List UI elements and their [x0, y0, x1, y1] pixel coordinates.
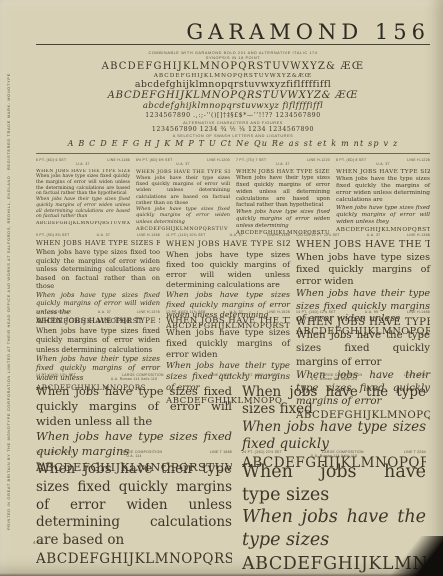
spec-line-label: LINE H-1368: [407, 233, 430, 237]
spec-size-label: 9 PT. (9D) 8¾ SET: [36, 233, 70, 237]
spec-size-label: 18 PT. (18D) 16 SET: [242, 373, 279, 377]
spec-roman-text: When jobs have the type sizes fixed quic…: [296, 329, 430, 368]
page-corner-shadow: [387, 536, 443, 576]
spec-italic-text: When jobs have type sizes fixed quickly …: [336, 205, 430, 227]
spec-ua-label: U.A. 37: [367, 233, 380, 237]
spec-line-label: LINE T 1295: [210, 373, 232, 377]
spec-roman-text: When jobs have type sizes fixed quickly …: [36, 174, 130, 197]
spec-roman-text: When jobs have type sizes fixed quickly …: [166, 328, 290, 362]
spec-ua-label: U.A. 37: [36, 162, 130, 166]
spec-roman-text: When jobs have type sizes fixed quickly …: [36, 326, 160, 354]
spec-line-label: LINE H-1200: [207, 158, 230, 162]
spec-italic-text: When jobs have type sizes fixed quickly: [242, 419, 426, 454]
spec-cap-line: WHEN JOBS HAVE THE TYPE SIZES: [36, 316, 160, 325]
alternative-characters-heading: ALTERNATIVE CHARACTERS AND FIGURES: [24, 121, 442, 125]
lowercase-roman-line: abcdefghijklmnopqrstuvwxyzfiflffffiffl: [24, 79, 442, 90]
spec-ua-label: U.A. Roman 114 Italic 115: [242, 377, 426, 381]
specimen-18pt-large-composition-b: 18 PT. (18D) 16 SETLARGE COMPOSITIONLINE…: [36, 450, 232, 576]
spec-ua-label: U.A. 37: [136, 162, 230, 166]
printer-imprint-vertical: PRINTED IN GREAT BRITAIN BY THE MONOTYPE…: [6, 30, 11, 530]
spec-line-label: LINE T 1815: [404, 373, 426, 377]
spec-size-label: 24 PT. (24D) 21½ SET: [242, 450, 282, 454]
spec-size-label: 10 PT. (9D) 9¾ SET: [36, 310, 72, 314]
spec-line-label: LINE H-1486: [407, 310, 430, 314]
spec-cap-line: WHEN JOBS HAVE TYPE SIZES FIXED: [236, 169, 330, 176]
spec-size-label: 18 PT. (18D) 16 SET: [36, 450, 73, 454]
specimen-row-5: 18 PT. (18D) 16 SETLARGE COMPOSITIONLINE…: [36, 450, 426, 576]
spec-ua-label: U.A. Roman 114 Italic 115: [36, 377, 232, 381]
page-title: GARAMOND 156: [186, 20, 430, 44]
specimen-6pt: 6 PT. (6D) 6 SETLINE H-1186 U.A. 37 WHEN…: [36, 158, 130, 237]
lowercase-italic-line: abcdefghijklmnopqrstuvwxyz fiflffffiffl: [24, 101, 442, 111]
specimen-row-1: 6 PT. (6D) 6 SETLINE H-1186 U.A. 37 WHEN…: [36, 158, 430, 237]
spec-size-label: 7 PT. (7D) 7 SET: [236, 158, 266, 162]
spec-roman-text: When jobs have their type sizes fixed qu…: [136, 175, 230, 206]
spec-ua-label: U.A. 37: [236, 162, 330, 166]
spec-ua-label: U.A. 99: [365, 310, 378, 314]
specimen-6half-pt: 6½ PT. (6D) 6½ SETLINE H-1200 U.A. 37 WH…: [136, 158, 230, 237]
spec-cap-line: WHEN JOBS HAVE THE TYPE SIZES FIXED: [136, 169, 230, 175]
spec-cap-line: WHEN JOBS HAVE THE TYPE SIZES: [166, 316, 290, 327]
spec-line-label: LINE H-1376: [137, 310, 160, 314]
spec-ua-label: U.A. 37: [230, 233, 243, 237]
spec-roman-text: When jobs have type sizes fixed too quic…: [166, 250, 290, 291]
spec-line-label: LINE T 2264: [404, 450, 426, 454]
spec-roman-text: When jobs have the type sizes fixed quic…: [336, 176, 430, 205]
spec-line-label: LINE H-1368: [137, 233, 160, 237]
spec-size-label: 12D ON 13 PT. 12¼ SET: [296, 233, 340, 237]
spec-size-label: 12 PT. (11D) 11¾ SET: [166, 310, 206, 314]
spec-italic-text: When jobs have their type sizes fixed qu…: [36, 197, 130, 220]
spec-cap-line: WHEN JOBS HAVE TYPE SIZES FIXED: [336, 169, 430, 176]
spec-line-label: LINE H-1186: [107, 158, 130, 162]
spec-roman-text: When jobs have type sizes: [242, 461, 426, 507]
grid-top-rule: [36, 153, 430, 154]
specimen-8pt: 8 PT. (8D) 8 SETLINE H-1228 U.A. 37 WHEN…: [336, 158, 430, 237]
caps-italic-line: ABCDEFGHIJKLMNOPQRSTUVWXYZ& ÆŒ: [24, 90, 442, 101]
spec-ua-label: U.A. 37: [98, 310, 111, 314]
spec-size-label: 6 PT. (6D) 6 SET: [36, 158, 66, 162]
synopsis-note: SYNOPSIS IN 18 POINT: [24, 56, 442, 60]
spec-italic-text: When jobs have type sizes fixed quickly …: [136, 206, 230, 225]
spec-ua-label: U.A. 114: [36, 454, 232, 458]
spec-alphabet: ABCDEFGHIJKLMNOPQRSTUVWX: [36, 221, 130, 227]
spec-ua-label: U.A. 37: [97, 233, 110, 237]
caps-roman-line: ABCDEFGHIJKLMNOPQRSTUVWXYZ& ÆŒ: [24, 61, 442, 72]
spec-roman-text: When jobs have their type sizes fixed qu…: [236, 175, 330, 209]
swash-letters-line: A B C D E F G H J K M P T U Ct Ne Qu Re …: [24, 139, 442, 148]
spec-ua-label: U.A. 37: [230, 310, 243, 314]
specimen-page: PRINTED IN GREAT BRITAIN BY THE MONOTYPE…: [0, 0, 443, 576]
spec-size-label: 14 PT. (14D) 13¼ SET: [36, 373, 76, 377]
spec-cap-line: WHEN JOBS HAVE TYPE SIZES FIXED: [36, 239, 160, 248]
spec-size-label: 6½ PT. (6D) 6½ SET: [136, 158, 173, 162]
spec-roman-text: When jobs have type sizes fixed quickly …: [36, 384, 232, 429]
spec-ua-label: U.A. 37: [336, 162, 430, 166]
spec-alphabet: ABCDEFGHIJKLMNOPQRSTUV: [136, 226, 230, 232]
spec-cap-line: WHEN JOBS HAVE TYPE SIZES: [296, 316, 430, 329]
spec-cap-line: WHEN JOBS HAVE THE TYPE SIZES: [296, 239, 430, 251]
spec-cap-line: WHEN JOBS HAVE TYPE SIZES FIXED: [166, 239, 290, 249]
spec-size-label: 14 PT. (14D) 12¾ SET: [296, 310, 336, 314]
title-rule: [36, 44, 430, 45]
spec-roman-text: When jobs have their type sizes fixed qu…: [36, 461, 232, 550]
spec-size-label: 8 PT. (8D) 8 SET: [336, 158, 366, 162]
spec-size-label: 11 PT. (11D) 10¾ SET: [166, 233, 206, 237]
spec-roman-text: When jobs have type sizes fixed quickly …: [296, 252, 430, 289]
spec-italic-text: When jobs have type sizes fixed quickly …: [236, 209, 330, 229]
spec-alphabet: ABCDEFGHIJKLMNOPQRSTUV: [36, 551, 232, 569]
specimen-7pt: 7 PT. (7D) 7 SETLINE H-1220 U.A. 37 WHEN…: [236, 158, 330, 237]
spec-roman-text: When jobs have type sizes fixed too quic…: [36, 248, 160, 291]
swash-heading: A SELECTION OF SWASH LETTERS AND LIGATUR…: [24, 134, 442, 138]
alternative-figures-line: 1234567890 1234 ¾ ½ ¼ 1234 1234567890: [24, 126, 442, 133]
spec-line-label: LINE H-1528: [267, 310, 290, 314]
spec-ua-label: U.A. Roman 114 Italic 115: [242, 454, 426, 458]
combinable-note: COMBINABLE WITH GARAMOND BOLD 201 AND AL…: [24, 51, 442, 55]
spec-line-label: LINE T 1688: [210, 450, 232, 454]
spec-roman-text: When jobs have the type sizes fixed: [242, 384, 426, 419]
figures-line: 1234567890 .,:;-''()[]†‡§£$*—‘’!!?? 1234…: [24, 112, 442, 119]
spec-line-label: LINE H-1220: [307, 158, 330, 162]
spec-line-label: LINE H-1388: [267, 233, 290, 237]
synopsis-block: COMBINABLE WITH GARAMOND BOLD 201 AND AL…: [24, 49, 442, 148]
spec-line-label: LINE H-1228: [407, 158, 430, 162]
